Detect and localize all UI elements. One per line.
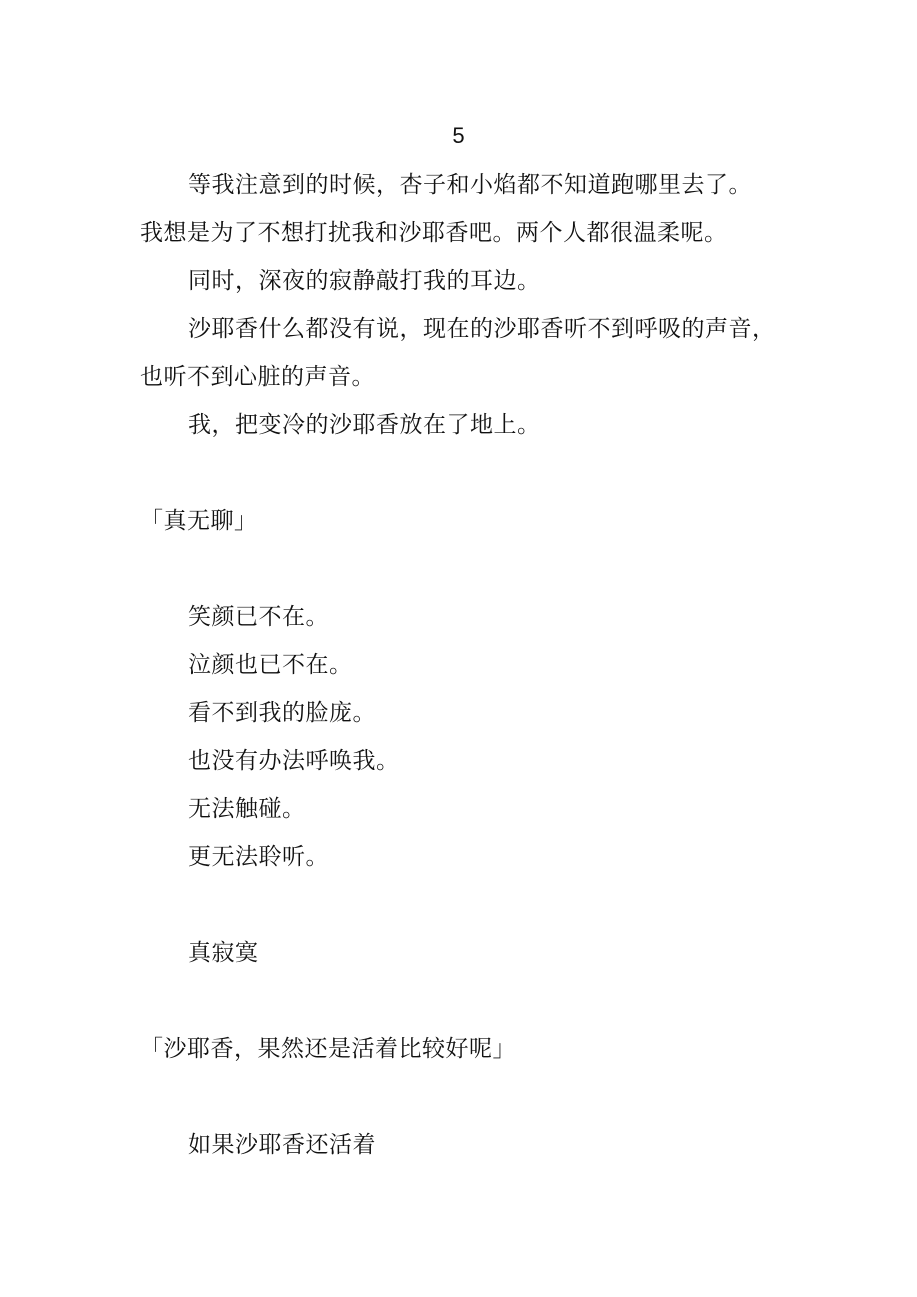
dialogue-line: 「真无聊」: [140, 506, 258, 536]
paragraph-line: 沙耶香什么都没有说，现在的沙耶香听不到呼吸的声音，: [188, 314, 776, 344]
dialogue-line: 「沙耶香，果然还是活着比较好呢」: [140, 1034, 516, 1064]
verse-line: 无法触碰。: [188, 794, 306, 824]
paragraph-line: 如果沙耶香还活着: [188, 1130, 376, 1160]
paragraph-line: 我想是为了不想打扰我和沙耶香吧。两个人都很温柔呢。: [140, 218, 728, 248]
paragraph-line: 同时，深夜的寂静敲打我的耳边。: [188, 266, 541, 296]
verse-line: 泣颜也已不在。: [188, 650, 353, 680]
page-number: 5: [0, 122, 917, 150]
verse-line: 真寂寞: [188, 938, 259, 968]
paragraph-line: 也听不到心脏的声音。: [140, 362, 375, 392]
paragraph-line: 我，把变冷的沙耶香放在了地上。: [188, 410, 541, 440]
verse-line: 更无法聆听。: [188, 842, 329, 872]
verse-line: 看不到我的脸庞。: [188, 698, 376, 728]
paragraph-line: 等我注意到的时候，杏子和小焰都不知道跑哪里去了。: [188, 170, 752, 200]
verse-line: 笑颜已不在。: [188, 602, 329, 632]
verse-line: 也没有办法呼唤我。: [188, 746, 400, 776]
